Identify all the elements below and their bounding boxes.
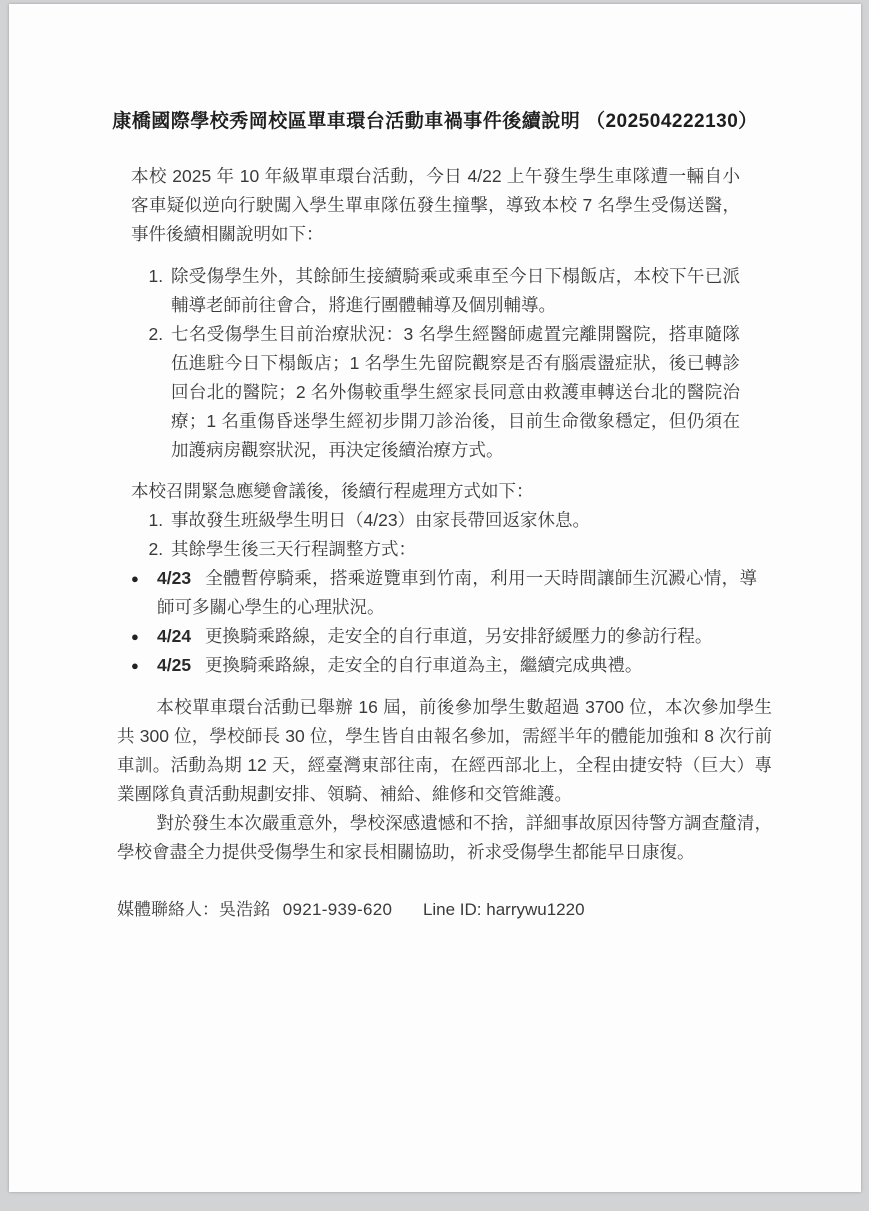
schedule-heading: 本校召開緊急應變會議後，後續行程處理方式如下：	[131, 477, 740, 506]
intro-paragraph: 本校 2025 年 10 年級單車環台活動，今日 4/22 上午發生學生車隊遭一…	[131, 162, 740, 249]
list-item: 七名受傷學生目前治療狀況：3 名學生經醫師處置完離開醫院，搭車隨隊伍進駐今日下榻…	[168, 320, 740, 465]
plan-date: 4/25	[157, 655, 191, 675]
list-item: ● 4/23 全體暫停騎乘，搭乘遊覽車到竹南，利用一天時間讓師生沉澱心情，導師可…	[123, 564, 757, 622]
plan-text: 全體暫停騎乘，搭乘遊覽車到竹南，利用一天時間讓師生沉澱心情，導師可多關心學生的心…	[157, 568, 757, 617]
plan-date: 4/24	[157, 626, 191, 646]
daily-plan-bullet-list: ● 4/23 全體暫停騎乘，搭乘遊覽車到竹南，利用一天時間讓師生沉澱心情，導師可…	[123, 564, 757, 680]
schedule-list: 事故發生班級學生明日（4/23）由家長帶回返家休息。 其餘學生後三天行程調整方式…	[131, 506, 740, 564]
media-contact-line: 媒體聯絡人：吳浩銘 0921-939-620 Line ID: harrywu1…	[117, 898, 772, 922]
bullet-icon: ●	[131, 564, 139, 593]
bullet-icon: ●	[131, 622, 139, 651]
closing-paragraph: 本校單車環台活動已舉辦 16 屆，前後參加學生數超過 3700 位，本次參加學生…	[117, 693, 772, 809]
media-contact-name: 媒體聯絡人：吳浩銘	[117, 900, 270, 919]
list-item: 事故發生班級學生明日（4/23）由家長帶回返家休息。	[168, 506, 740, 535]
plan-date: 4/23	[157, 568, 191, 588]
document-title: 康橋國際學校秀岡校區單車環台活動車禍事件後續說明 （202504222130）	[64, 108, 806, 135]
list-item: ● 4/24 更換騎乘路線，走安全的自行車道，另安排舒緩壓力的參訪行程。	[123, 622, 757, 651]
plan-text: 更換騎乘路線，走安全的自行車道為主，繼續完成典禮。	[205, 655, 643, 675]
list-item: ● 4/25 更換騎乘路線，走安全的自行車道為主，繼續完成典禮。	[123, 651, 757, 680]
closing-paragraph: 對於發生本次嚴重意外，學校深感遺憾和不捨，詳細事故原因待警方調查釐清，學校會盡全…	[117, 809, 772, 867]
list-item: 除受傷學生外，其餘師生接續騎乘或乘車至今日下榻飯店，本校下午已派輔導老師前往會合…	[168, 262, 740, 320]
incident-status-list: 除受傷學生外，其餘師生接續騎乘或乘車至今日下榻飯店，本校下午已派輔導老師前往會合…	[131, 262, 740, 465]
closing-section: 本校單車環台活動已舉辦 16 屆，前後參加學生數超過 3700 位，本次參加學生…	[117, 693, 772, 867]
document-page: 康橋國際學校秀岡校區單車環台活動車禍事件後續說明 （202504222130） …	[9, 4, 861, 1192]
plan-text: 更換騎乘路線，走安全的自行車道，另安排舒緩壓力的參訪行程。	[205, 626, 713, 646]
media-contact-phone: 0921-939-620	[283, 900, 392, 919]
list-item: 其餘學生後三天行程調整方式：	[168, 535, 740, 564]
media-contact-line-id: Line ID: harrywu1220	[423, 900, 585, 919]
bullet-icon: ●	[131, 651, 139, 680]
